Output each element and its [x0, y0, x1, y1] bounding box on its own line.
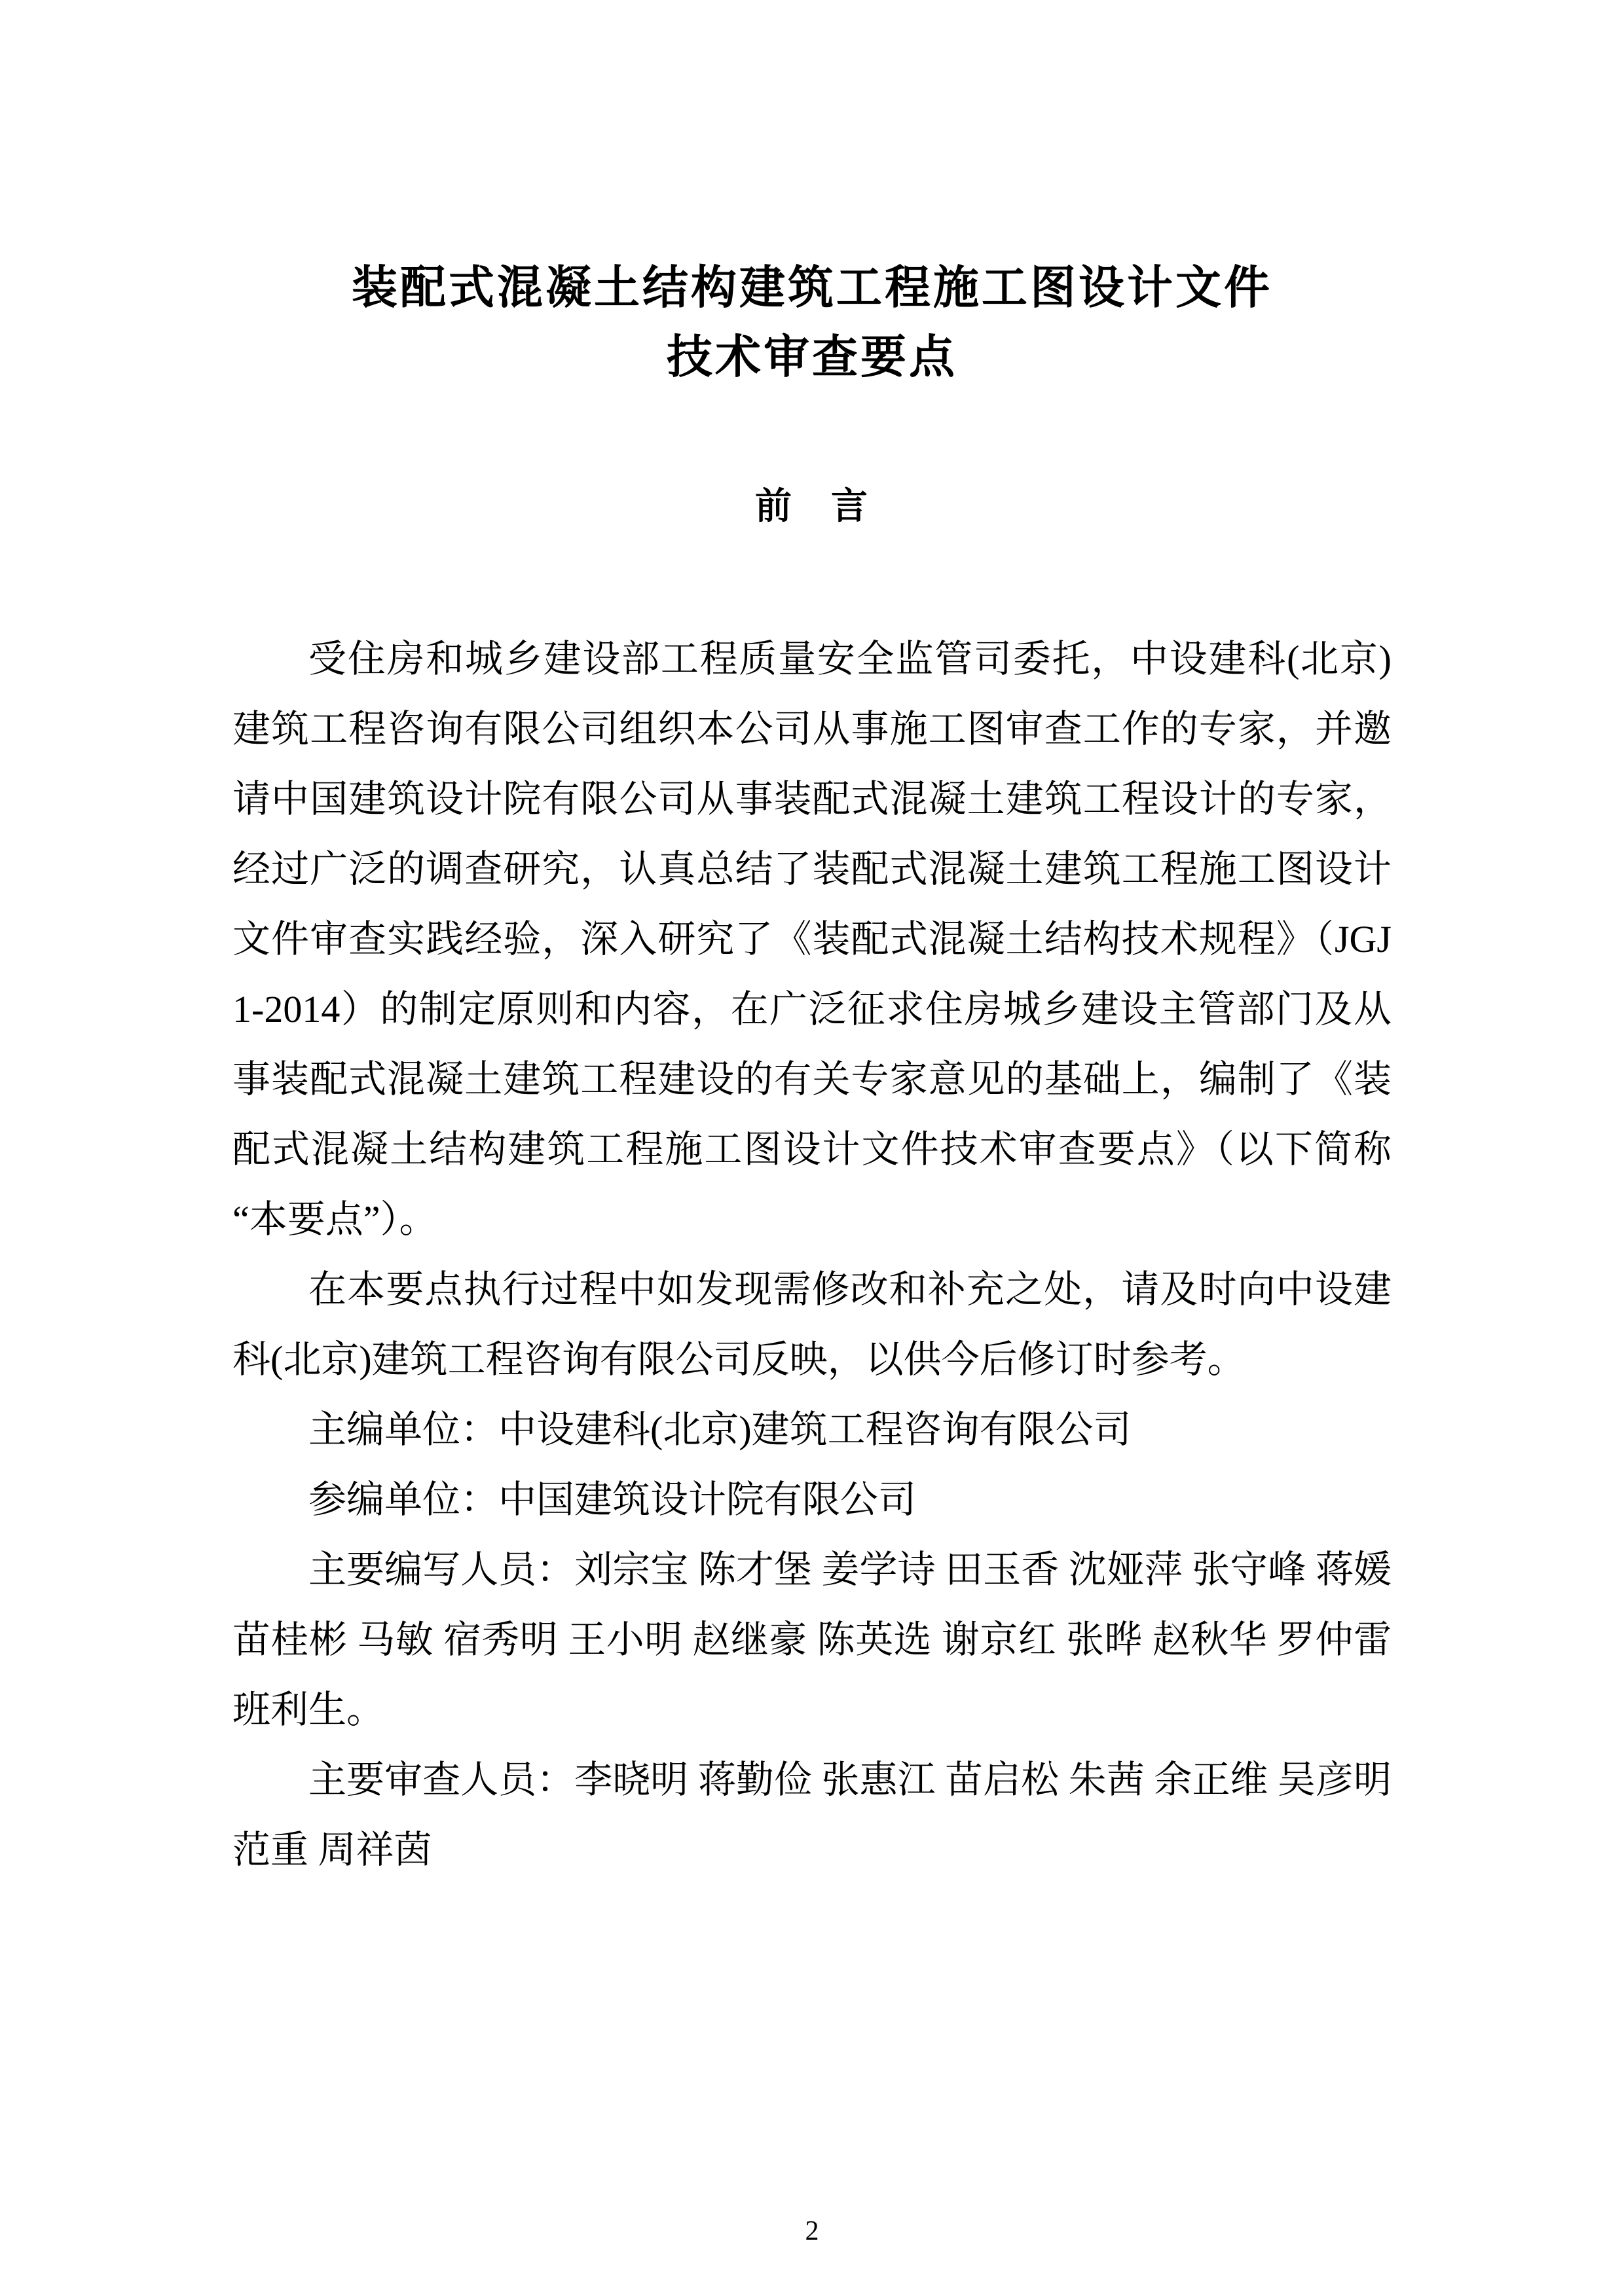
- title-line-1: 装配式混凝土结构建筑工程施工图设计文件: [0, 254, 1624, 323]
- paragraph-feedback: 在本要点执行过程中如发现需修改和补充之处，请及时向中设建科(北京)建筑工程咨询有…: [232, 1254, 1392, 1394]
- chief-editor-unit: 主编单位：中设建科(北京)建筑工程咨询有限公司: [232, 1394, 1392, 1465]
- preface-heading: 前 言: [0, 486, 1624, 526]
- main-authors: 主要编写人员：刘宗宝 陈才堡 姜学诗 田玉香 沈娅萍 张守峰 蒋媛 苗桂彬 马敏…: [232, 1535, 1392, 1745]
- participating-unit: 参编单位：中国建筑设计院有限公司: [232, 1465, 1392, 1535]
- document-title: 装配式混凝土结构建筑工程施工图设计文件 技术审查要点: [0, 0, 1624, 393]
- title-line-2: 技术审查要点: [0, 323, 1624, 393]
- paragraph-introduction: 受住房和城乡建设部工程质量安全监管司委托，中设建科(北京)建筑工程咨询有限公司组…: [232, 624, 1392, 1254]
- preface-body: 受住房和城乡建设部工程质量安全监管司委托，中设建科(北京)建筑工程咨询有限公司组…: [232, 624, 1392, 1885]
- page-number: 2: [0, 2217, 1624, 2245]
- document-page: 装配式混凝土结构建筑工程施工图设计文件 技术审查要点 前 言 受住房和城乡建设部…: [0, 0, 1624, 2296]
- main-reviewers: 主要审查人员：李晓明 蒋勤俭 张惠江 苗启松 朱茜 余正维 吴彦明 范重 周祥茵: [232, 1745, 1392, 1885]
